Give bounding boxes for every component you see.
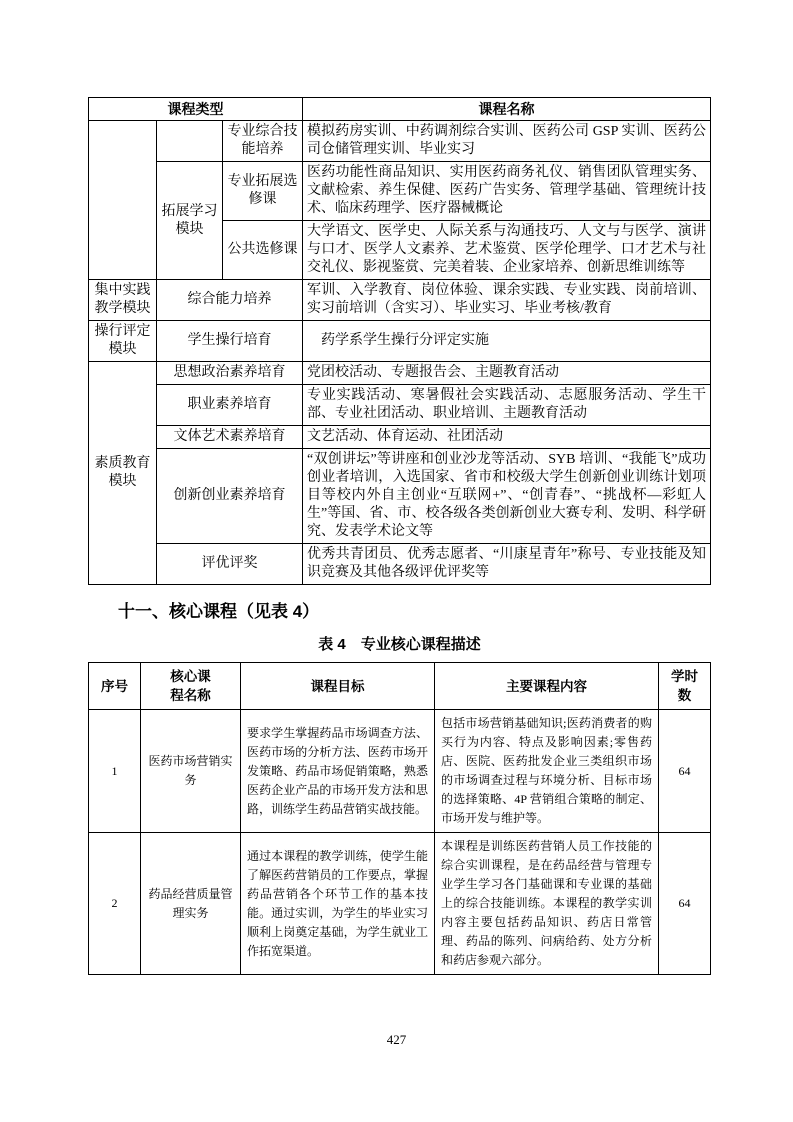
t4-header-hours: 学时 数 xyxy=(659,663,711,710)
t1-courses-cell: 专业实践活动、寒暑假社会实践活动、志愿服务活动、学生干部、专业社团活动、职业培训… xyxy=(303,385,711,426)
table-row: 拓展学习模块 专业拓展选修课 医药功能性商品知识、实用医药商务礼仪、销售团队管理… xyxy=(89,162,711,221)
table-row: 素质教育模块 思想政治素养培育 党团校活动、专题报告会、主题教育活动 xyxy=(89,362,711,385)
t1-category-cell: 公共选修课 xyxy=(223,221,303,280)
t1-module-conduct-cell: 操行评定模块 xyxy=(89,321,157,362)
t1-category-cell: 综合能力培养 xyxy=(157,280,303,321)
t1-module-quality-cell: 素质教育模块 xyxy=(89,362,157,585)
t1-courses-cell: 党团校活动、专题报告会、主题教育活动 xyxy=(303,362,711,385)
document-page: 课程类型 课程名称 专业综合技能培养 模拟药房实训、中药调剂综合实训、医药公司 … xyxy=(0,0,793,1122)
t4-no-cell: 1 xyxy=(89,710,141,833)
t1-courses-cell: 优秀共青团员、优秀志愿者、“川康星青年”称号、专业技能及知识竞赛及其他各级评优评… xyxy=(303,544,711,585)
table-row: 集中实践教学模块 综合能力培养 军训、入学教育、岗位体验、课余实践、专业实践、岗… xyxy=(89,280,711,321)
t1-category-cell: 评优评奖 xyxy=(157,544,303,585)
table-row: 评优评奖 优秀共青团员、优秀志愿者、“川康星青年”称号、专业技能及知识竞赛及其他… xyxy=(89,544,711,585)
t4-content-cell: 本课程是训练医药营销人员工作技能的综合实训课程，是在药品经营与管理专业学生学习各… xyxy=(435,833,659,975)
t1-empty-submodule-cell xyxy=(157,121,223,162)
table-row: 2 药品经营质量管理实务 通过本课程的教学训练，使学生能了解医药营销员的工作要点… xyxy=(89,833,711,975)
t1-header-course-name: 课程名称 xyxy=(303,98,711,121)
t1-category-cell: 专业综合技能培养 xyxy=(223,121,303,162)
t1-category-cell: 职业素养培育 xyxy=(157,385,303,426)
t1-empty-module-cell xyxy=(89,121,157,280)
t1-courses-cell: “双创讲坛”等讲座和创业沙龙等活动、SYB 培训、“我能飞”成功创业者培训，入选… xyxy=(303,449,711,544)
t1-courses-cell: 药学系学生操行分评定实施 xyxy=(303,321,711,362)
t1-courses-cell: 大学语文、医学史、人际关系与沟通技巧、人文与与医学、演讲与口才、医学人文素养、艺… xyxy=(303,221,711,280)
table-row: 1 医药市场营销实务 要求学生掌握药品市场调查方法、医药市场的分析方法、医药市场… xyxy=(89,710,711,833)
table-row: 创新创业素养培育 “双创讲坛”等讲座和创业沙龙等活动、SYB 培训、“我能飞”成… xyxy=(89,449,711,544)
page-number: 427 xyxy=(0,1032,793,1048)
t1-header-row: 课程类型 课程名称 xyxy=(89,98,711,121)
t4-header-row: 序号 核心课 程名称 课程目标 主要课程内容 学时 数 xyxy=(89,663,711,710)
t1-category-cell: 学生操行培育 xyxy=(157,321,303,362)
t4-objective-cell: 要求学生掌握药品市场调查方法、医药市场的分析方法、医药市场开发策略、药品市场促销… xyxy=(241,710,435,833)
t4-name-cell: 药品经营质量管理实务 xyxy=(141,833,241,975)
t4-content-cell: 包括市场营销基础知识;医药消费者的购买行为内容、特点及影响因素;零售药店、医院、… xyxy=(435,710,659,833)
t1-courses-cell: 军训、入学教育、岗位体验、课余实践、专业实践、岗前培训、实习前培训（含实习）、毕… xyxy=(303,280,711,321)
t4-hours-cell: 64 xyxy=(659,710,711,833)
t1-courses-cell: 医药功能性商品知识、实用医药商务礼仪、销售团队管理实务、文献检索、养生保健、医药… xyxy=(303,162,711,221)
table-row: 专业综合技能培养 模拟药房实训、中药调剂综合实训、医药公司 GSP 实训、医药公… xyxy=(89,121,711,162)
page-content: 课程类型 课程名称 专业综合技能培养 模拟药房实训、中药调剂综合实训、医药公司 … xyxy=(88,97,711,975)
t4-objective-cell: 通过本课程的教学训练，使学生能了解医药营销员的工作要点，掌握药品营销各个环节工作… xyxy=(241,833,435,975)
table-row: 文体艺术素养培育 文艺活动、体育运动、社团活动 xyxy=(89,426,711,449)
t4-header-objective: 课程目标 xyxy=(241,663,435,710)
t4-header-content: 主要课程内容 xyxy=(435,663,659,710)
t1-courses-cell: 模拟药房实训、中药调剂综合实训、医药公司 GSP 实训、医药公司仓储管理实训、毕… xyxy=(303,121,711,162)
core-course-table: 序号 核心课 程名称 课程目标 主要课程内容 学时 数 1 医药市场营销实务 要… xyxy=(88,662,711,975)
table-row: 职业素养培育 专业实践活动、寒暑假社会实践活动、志愿服务活动、学生干部、专业社团… xyxy=(89,385,711,426)
t1-courses-cell: 文艺活动、体育运动、社团活动 xyxy=(303,426,711,449)
t1-category-cell: 专业拓展选修课 xyxy=(223,162,303,221)
t4-no-cell: 2 xyxy=(89,833,141,975)
t1-category-cell: 文体艺术素养培育 xyxy=(157,426,303,449)
table4-caption: 表 4 专业核心课程描述 xyxy=(88,633,711,654)
t4-header-no: 序号 xyxy=(89,663,141,710)
course-system-table: 课程类型 课程名称 专业综合技能培养 模拟药房实训、中药调剂综合实训、医药公司 … xyxy=(88,97,711,585)
t1-module-expand-cell: 拓展学习模块 xyxy=(157,162,223,280)
t4-header-course-name: 核心课 程名称 xyxy=(141,663,241,710)
t4-name-cell: 医药市场营销实务 xyxy=(141,710,241,833)
t1-category-cell: 创新创业素养培育 xyxy=(157,449,303,544)
t1-module-practice-cell: 集中实践教学模块 xyxy=(89,280,157,321)
t4-hours-cell: 64 xyxy=(659,833,711,975)
t1-header-course-type: 课程类型 xyxy=(89,98,303,121)
section-heading: 十一、核心课程（见表 4） xyxy=(118,600,711,624)
table-row: 操行评定模块 学生操行培育 药学系学生操行分评定实施 xyxy=(89,321,711,362)
t1-category-cell: 思想政治素养培育 xyxy=(157,362,303,385)
